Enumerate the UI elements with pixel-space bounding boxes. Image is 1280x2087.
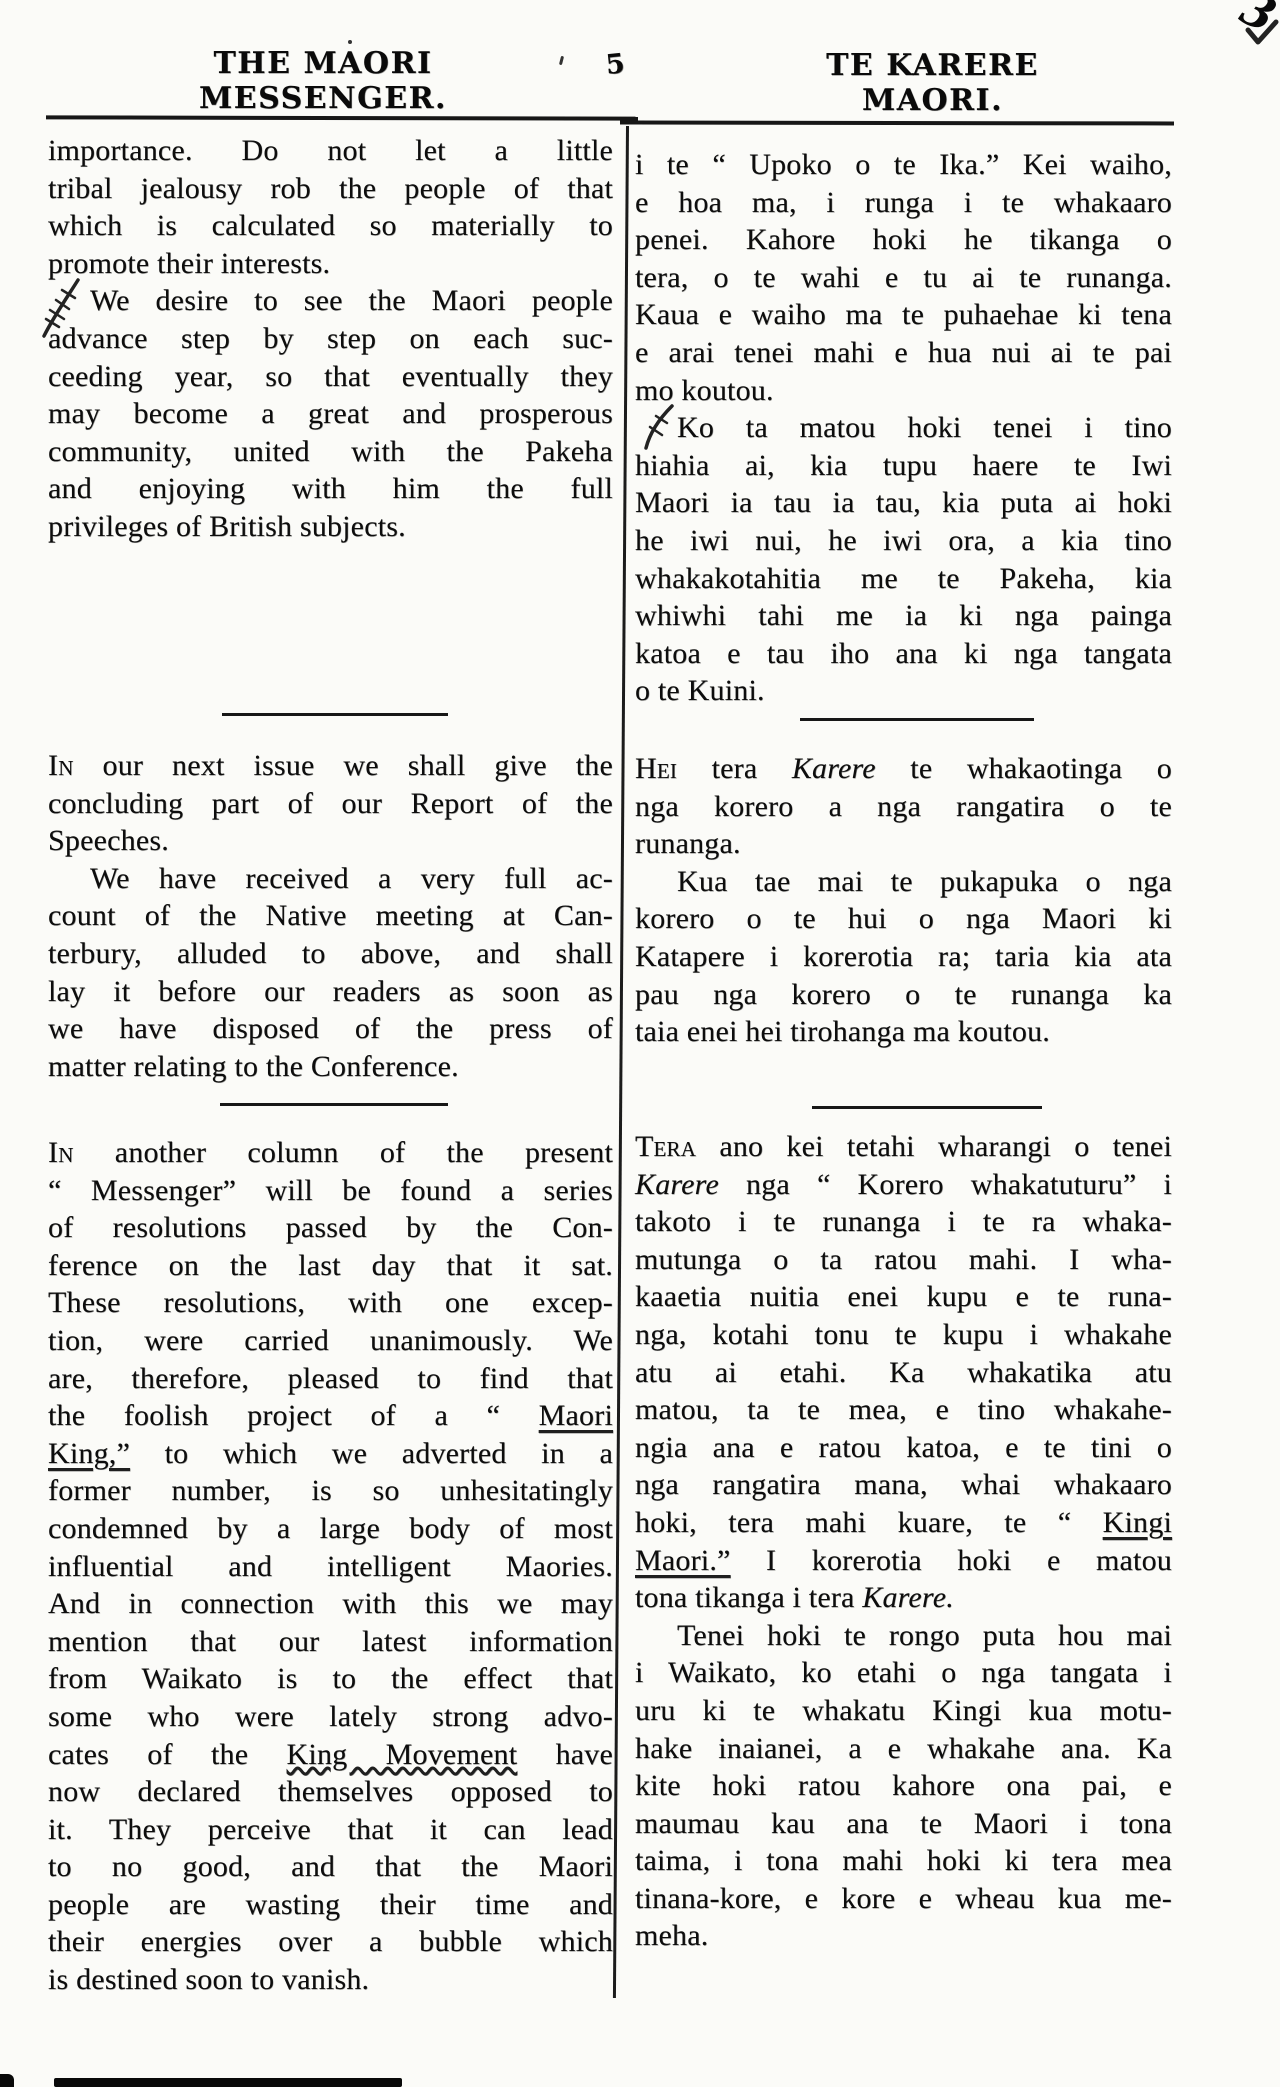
text-line: Hei tera Karere te whakaotinga o [635,750,1172,788]
text-line: Speeches. [48,822,613,860]
text-line: whiwhi tahi me ia ki nga painga [635,597,1172,635]
text-line: tera, o te wahi e tu ai te runanga. [635,259,1172,297]
text-line: We have received a very full ac- [48,860,613,898]
text-line: nga korero a nga rangatira o te [635,788,1172,826]
text-line: is destined soon to vanish. [48,1961,613,1999]
text-line: e arai tenei mahi e hua nui ai te pai [635,334,1172,372]
text-line: tona tikanga i tera Karere. [635,1579,1172,1617]
right-column-section-3: Tera ano kei tetahi wharangi o teneiKare… [635,1128,1172,1955]
text-line: we have disposed of the press of [48,1010,613,1048]
text-line: “ Messenger” will be found a series [48,1172,613,1210]
right-column-section-1: i te “ Upoko o te Ika.” Kei waiho,e hoa … [635,146,1172,710]
left-column-section-1: importance. Do not let a littletribal je… [48,132,613,546]
text-line: Katapere i korerotia ra; taria kia ata [635,938,1172,976]
newspaper-page: THE MAORI MESSENGER. 5 TE KARERE MAORI. … [0,0,1280,2087]
text-line: Tenei hoki te rongo puta hou mai [635,1617,1172,1655]
section-separator-rule [800,718,1034,721]
handwritten-check-icon [1244,18,1280,52]
text-line: Kaua e waiho ma te puhaehae ki tena [635,296,1172,334]
text-line: runanga. [635,825,1172,863]
left-column-section-2: In our next issue we shall give theconcl… [48,747,613,1085]
text-line: nga rangatira mana, whai whakaaro [635,1466,1172,1504]
text-line: whakakotahitia me te Pakeha, kia [635,560,1172,598]
text-line: These resolutions, with one excep- [48,1284,613,1322]
text-line: tion, were carried unanimously. We [48,1322,613,1360]
text-line: advance step by step on each suc- [48,320,613,358]
text-line: Tera ano kei tetahi wharangi o tenei [635,1128,1172,1166]
text-line: ference on the last day that it sat. [48,1247,613,1285]
text-line: kaaetia nuitia enei kupu e te runa- [635,1278,1172,1316]
text-line: Karere nga “ Korero whakatuturu” i [635,1166,1172,1204]
text-line: taia enei hei tirohanga ma koutou. [635,1013,1172,1051]
text-line: King,” to which we adverted in a [48,1435,613,1473]
text-line: concluding part of our Report of the [48,785,613,823]
text-line: Kua tae mai te pukapuka o nga [635,863,1172,901]
text-line: ngia ana e ratou katoa, e te tini o [635,1429,1172,1467]
text-line: pau nga korero o te runanga ka [635,976,1172,1014]
text-line: count of the Native meeting at Can- [48,897,613,935]
margin-pen-mark-icon [36,276,84,342]
text-line: nga, kotahi tonu te kupu i whakahe [635,1316,1172,1354]
text-line: tribal jealousy rob the people of that [48,170,613,208]
header-rule-right [620,121,1174,126]
text-line: And in connection with this we may [48,1585,613,1623]
text-line: are, therefore, pleased to find that [48,1360,613,1398]
text-line: katoa e tau iho ana ki nga tangata [635,635,1172,673]
text-line: tinana-kore, e kore e wheau kua me- [635,1880,1172,1918]
scan-edge-bar [54,2078,402,2087]
masthead-left-title: THE MAORI MESSENGER. [118,46,528,116]
text-line: hake inaianei, a e whakahe ana. Ka [635,1730,1172,1768]
text-line: some who were lately strong advo- [48,1698,613,1736]
text-line: e hoa ma, i runga i te whakaaro [635,184,1172,222]
text-line: Ko ta matou hoki tenei i tino [635,409,1172,447]
header-rule-left [46,115,638,120]
scan-speck [348,40,352,44]
text-line: former number, is so unhesitatingly [48,1472,613,1510]
text-line: hiahia ai, kia tupu haere te Iwi [635,447,1172,485]
text-line: ceeding year, so that eventually they [48,358,613,396]
text-line: meha. [635,1917,1172,1955]
text-line: matou, ta te mea, e tino whakahe- [635,1391,1172,1429]
text-line: uru ki te whakatu Kingi kua motu- [635,1692,1172,1730]
text-line: taima, i tona mahi hoki ki tera mea [635,1842,1172,1880]
text-line: their energies over a bubble which [48,1923,613,1961]
text-line: kite hoki ratou kahore ona pai, e [635,1767,1172,1805]
text-line: penei. Kahore hoki he tikanga o [635,221,1172,259]
margin-pen-mark-icon [638,402,680,452]
text-line: influential and intelligent Maories. [48,1548,613,1586]
text-line: cates of the King Movement have [48,1736,613,1774]
text-line: from Waikato is to the effect that [48,1660,613,1698]
text-line: of resolutions passed by the Con- [48,1209,613,1247]
text-line: korero o te hui o nga Maori ki [635,900,1172,938]
text-line: o te Kuini. [635,672,1172,710]
text-line: takoto i te runanga i te ra whaka- [635,1203,1172,1241]
left-column-section-3: In another column of the present“ Messen… [48,1134,613,1999]
scan-edge-blob [0,2074,14,2087]
text-line: In another column of the present [48,1134,613,1172]
text-line: it. They perceive that it can lead [48,1811,613,1849]
section-separator-rule [222,713,448,716]
text-line: terbury, alluded to above, and shall [48,935,613,973]
text-line: Maori ia tau ia tau, kia puta ai hoki [635,484,1172,522]
text-line: the foolish project of a “ Maori [48,1397,613,1435]
text-line: condemned by a large body of most [48,1510,613,1548]
text-line: mutunga o ta ratou mahi. I wha- [635,1241,1172,1279]
text-line: community, united with the Pakeha [48,433,613,471]
text-line: We desire to see the Maori people [48,282,613,320]
text-line: i te “ Upoko o te Ika.” Kei waiho, [635,146,1172,184]
text-line: i Waikato, ko etahi o nga tangata i [635,1654,1172,1692]
text-line: importance. Do not let a little [48,132,613,170]
text-line: promote their interests. [48,245,613,283]
text-line: he iwi nui, he iwi ora, a kia tino [635,522,1172,560]
text-line: mention that our latest information [48,1623,613,1661]
text-line: atu ai etahi. Ka whakatika atu [635,1354,1172,1392]
column-divider-rule [613,126,629,1998]
section-separator-rule [220,1103,448,1106]
text-line: lay it before our readers as soon as [48,973,613,1011]
text-line: and enjoying with him the full [48,470,613,508]
text-line: maumau kau ana te Maori i tona [635,1805,1172,1843]
text-line: matter relating to the Conference. [48,1048,613,1086]
masthead-right-title: TE KARERE MAORI. [760,48,1105,118]
text-line: mo koutou. [635,372,1172,410]
text-line: privileges of British subjects. [48,508,613,546]
text-line: to no good, and that the Maori [48,1848,613,1886]
text-line: which is calculated so materially to [48,207,613,245]
text-line: may become a great and prosperous [48,395,613,433]
text-line: people are wasting their time and [48,1886,613,1924]
text-line: In our next issue we shall give the [48,747,613,785]
text-line: Maori.” I korerotia hoki e matou [635,1542,1172,1580]
text-line: now declared themselves opposed to [48,1773,613,1811]
scan-speck [559,56,564,65]
text-line: hoki, tera mahi kuare, te “ Kingi [635,1504,1172,1542]
section-separator-rule [812,1106,1042,1109]
right-column-section-2: Hei tera Karere te whakaotinga onga kore… [635,750,1172,1051]
page-number: 5 [594,47,637,82]
